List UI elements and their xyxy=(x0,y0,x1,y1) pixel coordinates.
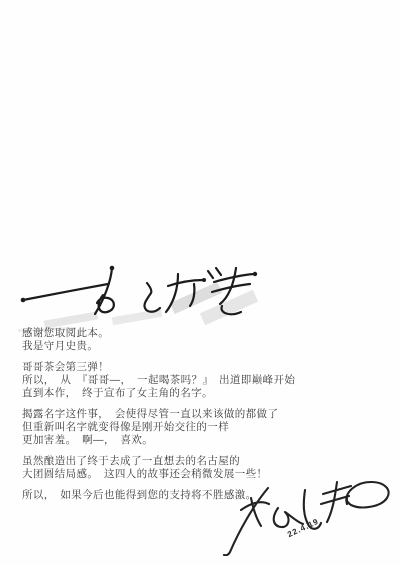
paragraph-names: 揭露名字这件事， 会使得尽管一直以来该做的都做了 但重新叫名字就变得像是刚开始交… xyxy=(22,408,382,447)
text-line: 哥哥茶会第三弹！ xyxy=(22,361,382,374)
paragraph-greeting: 感谢您取阅此本。 我是守月史贵。 xyxy=(22,327,382,353)
text-line: 揭露名字这件事， 会使得尽管一直以来该做的都做了 xyxy=(22,408,382,421)
text-line: 虽然酿造出了终于去成了一直想去的名古屋的 xyxy=(22,455,382,468)
text-line: 更加害羞。 啊—， 喜欢。 xyxy=(22,434,382,447)
afterword-page: あとがき 感谢您取阅此本。 我是守月史贵。 哥哥茶会第三弹！ 所以， 从 『哥哥… xyxy=(0,0,400,565)
handwritten-signature-art xyxy=(203,476,393,556)
text-line: 我是守月史贵。 xyxy=(22,340,382,353)
text-line: 但重新叫名字就变得像是刚开始交往的一样 xyxy=(22,421,382,434)
text-line: 所以， 从 『哥哥—， 一起喝茶吗？』 出道即巅峰开始 xyxy=(22,374,382,387)
paragraph-series: 哥哥茶会第三弹！ 所以， 从 『哥哥—， 一起喝茶吗？』 出道即巅峰开始 直到本… xyxy=(22,361,382,400)
afterword-title: あとがき xyxy=(0,0,1,1)
handwritten-title-art xyxy=(8,262,268,322)
text-line: 直到本作， 终于宣布了女主角的名字。 xyxy=(22,387,382,400)
text-line: 感谢您取阅此本。 xyxy=(22,327,382,340)
